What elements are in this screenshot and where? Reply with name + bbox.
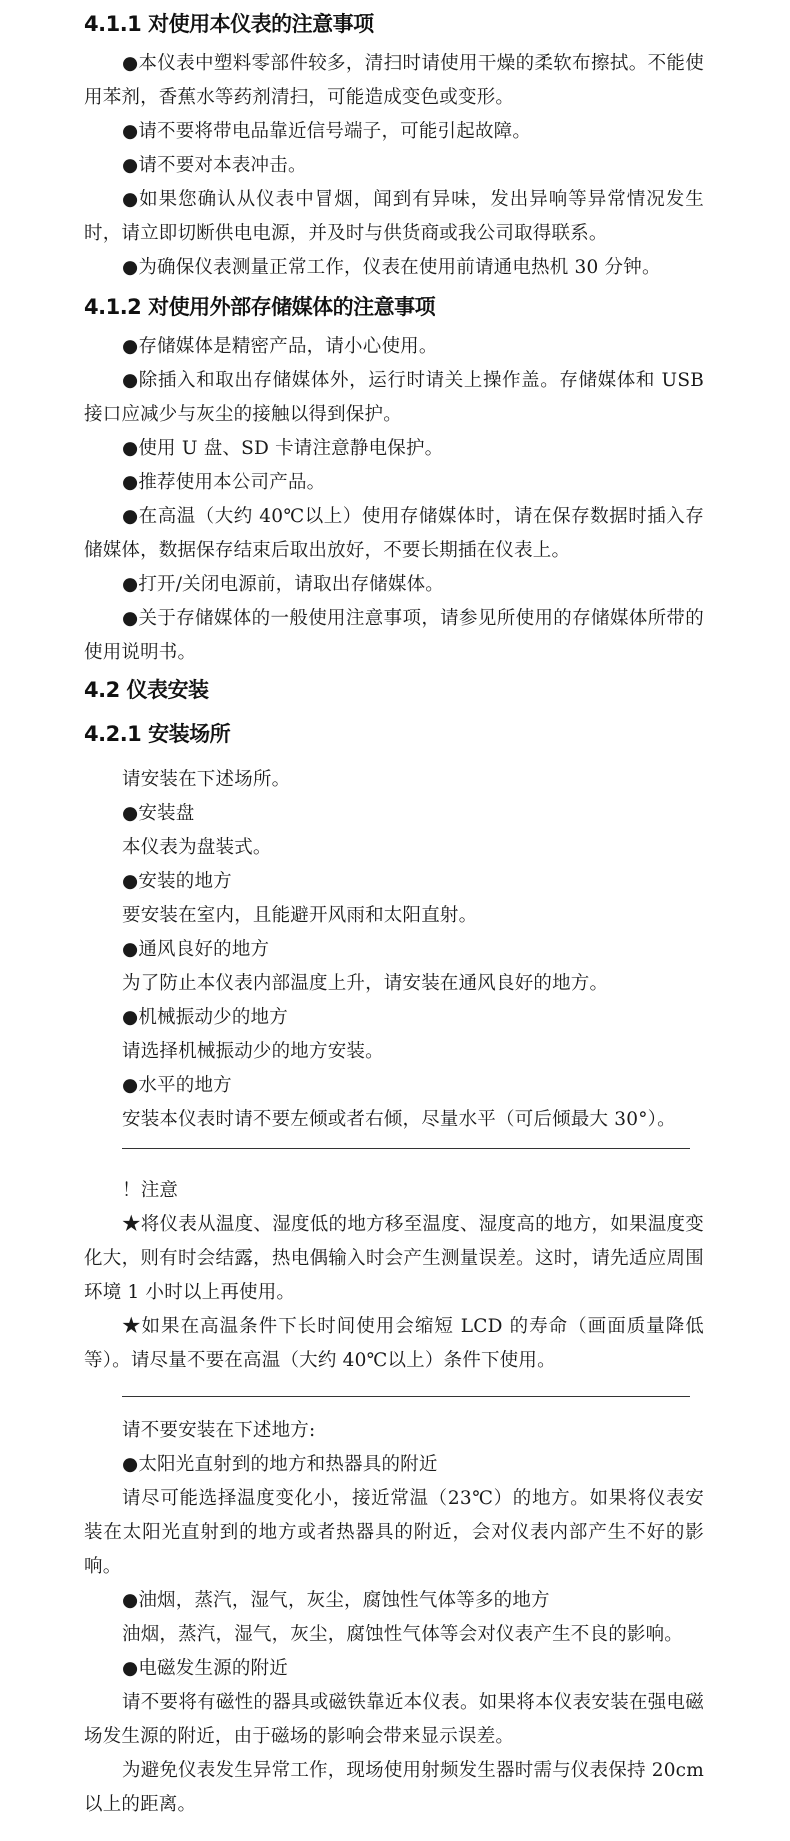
place-title: ●机械振动少的地方 xyxy=(84,1001,704,1035)
place-desc: 要安装在室内，且能避开风雨和太阳直射。 xyxy=(84,899,704,933)
list-item: ●本仪表中塑料零部件较多，清扫时请使用干燥的柔软布擦拭。不能使用苯剂，香蕉水等药… xyxy=(84,47,704,115)
place-title: ●安装盘 xyxy=(84,797,704,831)
list-item: ●请不要对本表冲击。 xyxy=(84,149,704,183)
avoid-title: ●油烟，蒸汽，湿气，灰尘，腐蚀性气体等多的地方 xyxy=(84,1584,704,1618)
place-desc: 本仪表为盘装式。 xyxy=(84,831,704,865)
closing-text: 为避免仪表发生异常工作，现场使用射频发生器时需与仪表保持 20cm 以上的距离。 xyxy=(84,1754,704,1822)
avoid-title: ●太阳光直射到的地方和热器具的附近 xyxy=(84,1448,704,1482)
place-desc: 为了防止本仪表内部温度上升，请安装在通风良好的地方。 xyxy=(84,967,704,1001)
avoid-desc: 请尽可能选择温度变化小，接近常温（23℃）的地方。如果将仪表安装在太阳光直射到的… xyxy=(84,1482,704,1584)
intro-text: 请安装在下述场所。 xyxy=(84,763,704,797)
heading-4-1-2: 4.1.2 对使用外部存储媒体的注意事项 xyxy=(84,291,435,321)
place-desc: 请选择机械振动少的地方安装。 xyxy=(84,1035,704,1069)
list-item: ●如果您确认从仪表中冒烟，闻到有异味，发出异响等异常情况发生时，请立即切断供电电… xyxy=(84,183,704,251)
notice-item: ★如果在高温条件下长时间使用会缩短 LCD 的寿命（画面质量降低等）。请尽量不要… xyxy=(84,1310,704,1378)
avoid-desc: 请不要将有磁性的器具或磁铁靠近本仪表。如果将本仪表安装在强电磁场发生源的附近，由… xyxy=(84,1686,704,1754)
place-desc: 安装本仪表时请不要左倾或者右倾，尽量水平（可后倾最大 30°）。 xyxy=(84,1103,742,1137)
notice-item: ★将仪表从温度、湿度低的地方移至温度、湿度高的地方，如果温度变化大，则有时会结露… xyxy=(84,1208,704,1310)
list-item: ●打开/关闭电源前，请取出存储媒体。 xyxy=(84,568,704,602)
list-item: ●除插入和取出存储媒体外，运行时请关上操作盖。存储媒体和 USB 接口应减少与灰… xyxy=(84,364,704,432)
list-item: ●存储媒体是精密产品，请小心使用。 xyxy=(84,330,704,364)
divider xyxy=(122,1396,690,1397)
avoid-title: ●电磁发生源的附近 xyxy=(84,1652,704,1686)
heading-4-1-1: 4.1.1 对使用本仪表的注意事项 xyxy=(84,8,374,38)
place-title: ●安装的地方 xyxy=(84,865,704,899)
divider xyxy=(122,1148,690,1149)
place-title: ●通风良好的地方 xyxy=(84,933,704,967)
notice-title: ！注意 xyxy=(84,1174,704,1208)
heading-4-2-1: 4.2.1 安装场所 xyxy=(84,718,230,748)
list-item: ●在高温（大约 40℃以上）使用存储媒体时，请在保存数据时插入存储媒体，数据保存… xyxy=(84,500,704,568)
place-title: ●水平的地方 xyxy=(84,1069,704,1103)
avoid-desc: 油烟，蒸汽，湿气，灰尘，腐蚀性气体等会对仪表产生不良的影响。 xyxy=(84,1618,742,1652)
avoid-intro: 请不要安装在下述地方: xyxy=(84,1414,704,1448)
list-item: ●使用 U 盘、SD 卡请注意静电保护。 xyxy=(84,432,704,466)
list-item: ●为确保仪表测量正常工作，仪表在使用前请通电热机 30 分钟。 xyxy=(84,251,704,285)
list-item: ●请不要将带电品靠近信号端子，可能引起故障。 xyxy=(84,115,704,149)
heading-4-2: 4.2 仪表安装 xyxy=(84,674,209,704)
list-item: ●关于存储媒体的一般使用注意事项，请参见所使用的存储媒体所带的使用说明书。 xyxy=(84,602,704,670)
list-item: ●推荐使用本公司产品。 xyxy=(84,466,704,500)
